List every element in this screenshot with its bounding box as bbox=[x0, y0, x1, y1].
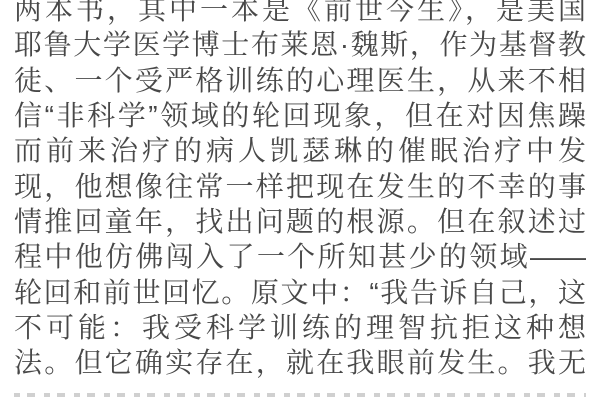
text-line: 信“非科学”领域的轮回现象，但在对因焦躁 bbox=[14, 98, 586, 133]
text-line: 轮回和前世回忆。原文中：“我告诉自己，这 bbox=[14, 275, 586, 310]
reader-screen[interactable]: 两本书，其中一本是《前世今生》，是美国 耶鲁大学医学博士布莱恩·魏斯，作为基督教… bbox=[0, 0, 600, 400]
text-line: 情推回童年，找出问题的根源。但在叙述过 bbox=[14, 204, 586, 239]
text-line: 法。但它确实存在，就在我眼前发生。我无 bbox=[14, 345, 586, 380]
clipped-next-line bbox=[14, 393, 586, 397]
text-line: 程中他仿佛闯入了一个所知甚少的领域—— bbox=[14, 239, 586, 274]
book-page-text: 两本书，其中一本是《前世今生》，是美国 耶鲁大学医学博士布莱恩·魏斯，作为基督教… bbox=[14, 0, 586, 381]
text-line: 耶鲁大学医学博士布莱恩·魏斯，作为基督教 bbox=[14, 27, 586, 62]
text-line: 而前来治疗的病人凯瑟琳的催眠治疗中发 bbox=[14, 133, 586, 168]
text-line: 不可能：我受科学训练的理智抗拒这种想 bbox=[14, 310, 586, 345]
text-line: 现，他想像往常一样把现在发生的不幸的事 bbox=[14, 169, 586, 204]
text-line: 徒、一个受严格训练的心理医生，从来不相 bbox=[14, 63, 586, 98]
text-line: 两本书，其中一本是《前世今生》，是美国 bbox=[14, 0, 586, 27]
